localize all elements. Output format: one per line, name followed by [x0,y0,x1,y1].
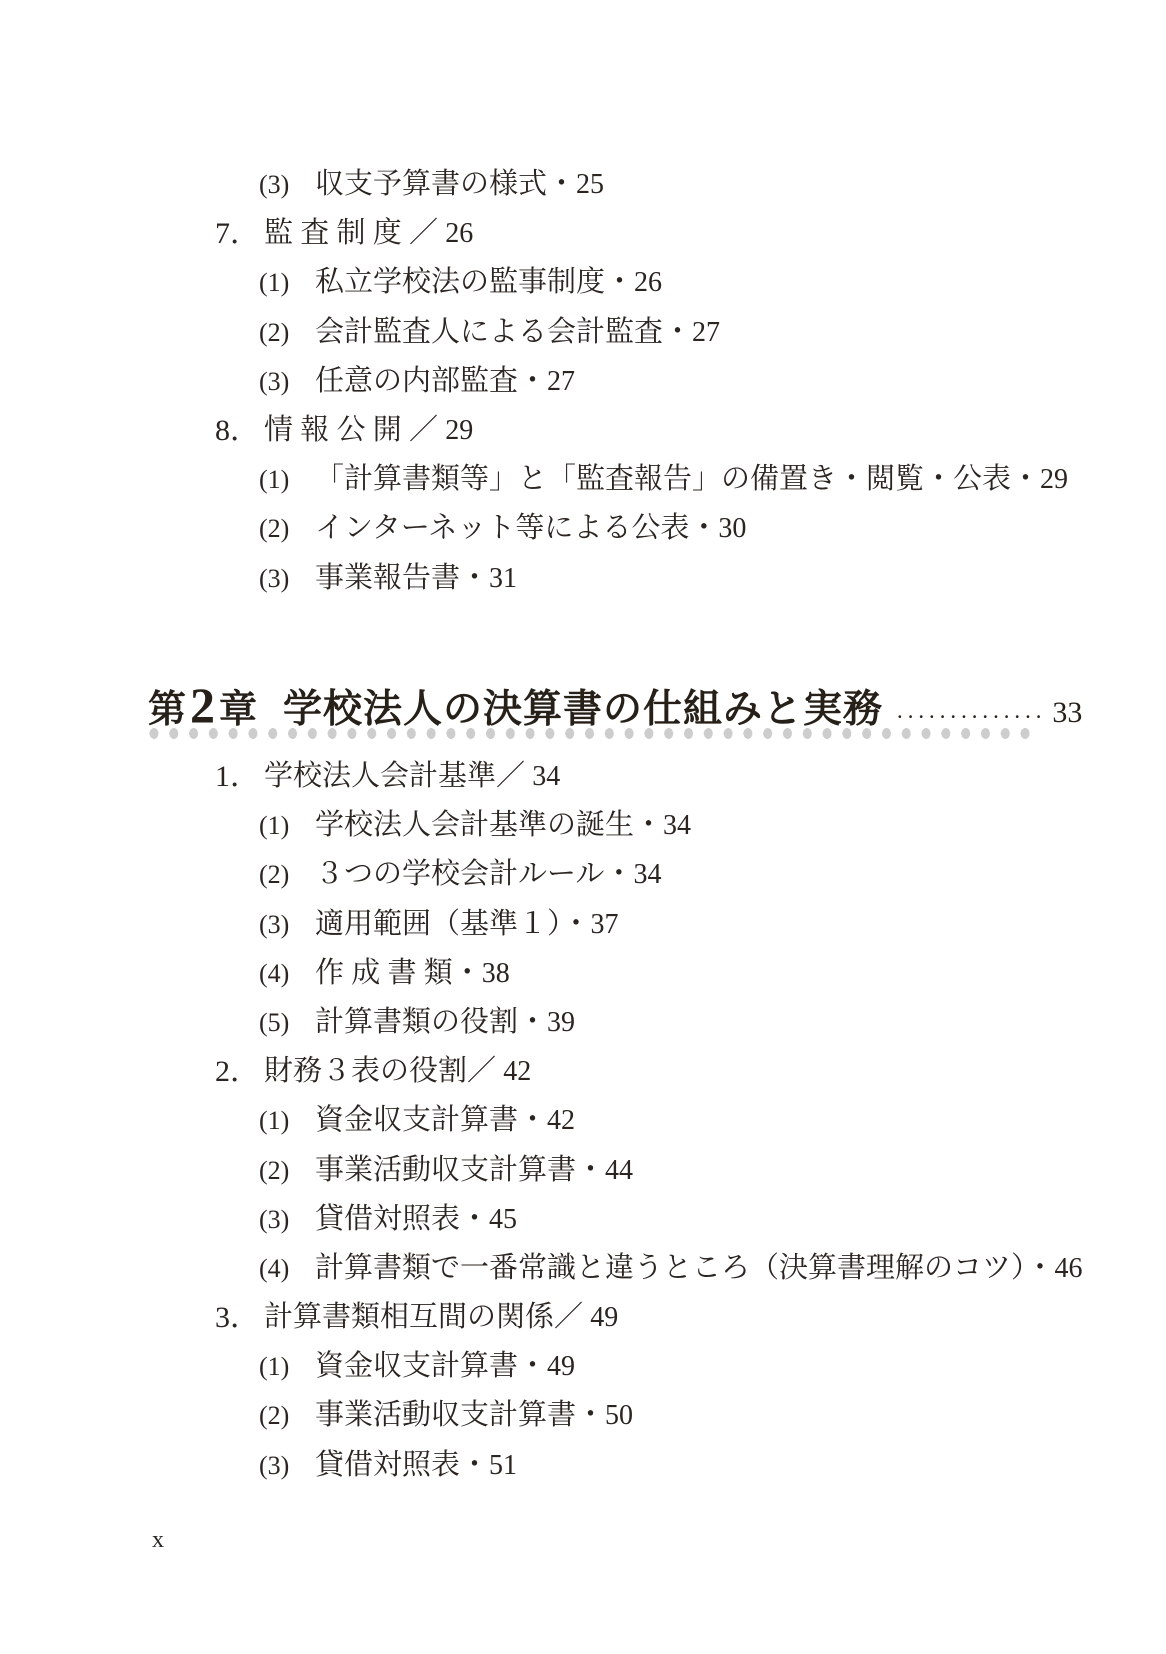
chapter-label-prefix: 第 [148,678,186,733]
toc-entry-page: 46 [1055,1253,1083,1284]
toc-sub-entry: (3)任意の内部監査・27 [0,357,1166,406]
toc-entry-label: (1) [259,258,289,307]
toc-entry-title: 貸借対照表 [315,1449,460,1481]
dotted-divider [145,726,1038,741]
toc-entry-label: (3) [259,1441,289,1490]
toc-entry-page: 49 [590,1302,618,1333]
toc-entry-separator: ・ [576,1154,605,1186]
toc-sub-entry: (1)「計算書類等」と「監査報告」の備置き・閲覧・公表・29 [0,455,1166,504]
toc-sub-entry: (3)事業報告書・31 [0,554,1166,603]
toc-list-main: 1．学校法人会計基準／ 34(1)学校法人会計基準の誕生・34(2)３つの学校会… [0,752,1166,1490]
toc-entry-separator: ・ [460,1449,489,1481]
toc-entry-separator: ・ [605,266,634,298]
toc-entry-number: 8． [215,406,260,455]
toc-entry-separator: ・ [460,562,489,594]
toc-entry-separator: ・ [518,1350,547,1382]
toc-entry-page: 31 [489,563,517,594]
toc-entry-title: 適用範囲（基準１） [315,908,562,940]
leader-dots: ·············· [897,707,1046,727]
toc-entry-separator: ／ [496,760,532,792]
toc-entry-separator: ・ [576,1399,605,1431]
toc-entry-text: 適用範囲（基準１）・37 [315,900,619,949]
toc-entry-label: (2) [259,308,289,357]
toc-entry-label: (2) [259,1146,289,1195]
toc-entry-title: 会計監査人による会計監査 [315,316,663,348]
toc-entry-text: 貸借対照表・51 [315,1441,517,1490]
toc-entry-text: 資金収支計算書・49 [315,1342,575,1391]
toc-entry-title: 計算書類で一番常識と違うところ（決算書理解のコツ） [315,1252,1026,1284]
toc-entry-label: (3) [259,357,289,406]
toc-entry-number: 3． [215,1293,260,1342]
toc-entry-title: 事業活動収支計算書 [315,1154,576,1186]
toc-entry-label: (3) [259,554,289,603]
toc-entry-label: (2) [259,1391,289,1440]
toc-entry-page: 42 [547,1105,575,1136]
toc-entry-label: (4) [259,949,289,998]
toc-entry-separator: ・ [518,365,547,397]
toc-entry-separator: ・ [460,1203,489,1235]
toc-entry-separator: ・ [663,316,692,348]
toc-sub-entry: (2)３つの学校会計ルール・34 [0,850,1166,899]
toc-entry-title: ３つの学校会計ルール [315,858,604,890]
toc-entry-title: 資金収支計算書 [315,1350,518,1382]
toc-entry-text: 学校法人会計基準／ 34 [264,752,560,801]
toc-entry-text: 計算書類で一番常識と違うところ（決算書理解のコツ）・46 [315,1244,1083,1293]
toc-entry-page: 29 [1040,464,1068,495]
toc-entry-label: (1) [259,801,289,850]
toc-entry-page: 34 [663,810,691,841]
toc-sub-entry: (4)計算書類で一番常識と違うところ（決算書理解のコツ）・46 [0,1244,1166,1293]
toc-entry-title: 任意の内部監査 [315,365,518,397]
toc-entry-page: 49 [547,1351,575,1382]
toc-entry-text: 「計算書類等」と「監査報告」の備置き・閲覧・公表・29 [315,455,1068,504]
toc-entry-text: 作 成 書 類・38 [315,949,510,998]
toc-entry-text: インターネット等による公表・30 [315,504,746,553]
toc-entry-page: 26 [634,267,662,298]
page-number-footer: x [152,1527,164,1554]
toc-entry-separator: ・ [453,957,482,989]
toc-entry-page: 50 [605,1400,633,1431]
toc-entry-text: 情 報 公 開 ／ 29 [264,406,473,455]
toc-entry-title: 事業活動収支計算書 [315,1399,576,1431]
toc-sub-entry: (5)計算書類の役割・39 [0,998,1166,1047]
toc-entry-text: 事業活動収支計算書・50 [315,1391,633,1440]
toc-entry-page: 44 [605,1155,633,1186]
toc-entry-separator: ・ [604,858,633,890]
toc-entry-label: (1) [259,1342,289,1391]
toc-entry-separator: ・ [634,809,663,841]
toc-entry-separator: ・ [689,512,718,544]
toc-section-entry: 3．計算書類相互間の関係／ 49 [0,1293,1166,1342]
toc-entry-separator: ・ [518,1006,547,1038]
toc-entry-separator: ／ [409,217,445,249]
toc-list-top: (3)収支予算書の様式・257．監 査 制 度 ／ 26(1)私立学校法の監事制… [0,160,1166,603]
toc-entry-page: 42 [503,1056,531,1087]
toc-entry-text: 事業活動収支計算書・44 [315,1146,633,1195]
toc-entry-text: 監 査 制 度 ／ 26 [264,209,473,258]
toc-entry-number: 1． [215,752,260,801]
toc-entry-title: 私立学校法の監事制度 [315,266,605,298]
toc-entry-title: 貸借対照表 [315,1203,460,1235]
toc-entry-text: 貸借対照表・45 [315,1195,517,1244]
toc-entry-label: (3) [259,160,289,209]
toc-entry-title: 財務３表の役割 [264,1055,467,1087]
toc-entry-label: (2) [259,850,289,899]
toc-entry-text: 計算書類の役割・39 [315,998,575,1047]
toc-entry-number: 7． [215,209,260,258]
toc-section-entry: 8．情 報 公 開 ／ 29 [0,406,1166,455]
toc-sub-entry: (2)事業活動収支計算書・50 [0,1391,1166,1440]
toc-entry-text: 会計監査人による会計監査・27 [315,308,720,357]
toc-entry-separator: ・ [562,908,591,940]
toc-entry-title: 計算書類相互間の関係 [264,1301,554,1333]
toc-sub-entry: (2)会計監査人による会計監査・27 [0,308,1166,357]
toc-entry-text: 財務３表の役割／ 42 [264,1047,531,1096]
toc-entry-page: 38 [482,958,510,989]
toc-sub-entry: (2)インターネット等による公表・30 [0,504,1166,553]
toc-entry-separator: ・ [1011,463,1040,495]
toc-entry-label: (3) [259,1195,289,1244]
toc-sub-entry: (3)貸借対照表・45 [0,1195,1166,1244]
toc-entry-page: 34 [532,761,560,792]
toc-entry-title: 学校法人会計基準の誕生 [315,809,634,841]
toc-entry-separator: ／ [554,1301,590,1333]
toc-entry-text: 資金収支計算書・42 [315,1096,575,1145]
toc-sub-entry: (1)資金収支計算書・42 [0,1096,1166,1145]
toc-entry-title: 事業報告書 [315,562,460,594]
toc-entry-page: 30 [718,513,746,544]
toc-entry-page: 26 [445,218,473,249]
toc-entry-page: 25 [576,169,604,200]
toc-entry-separator: ・ [547,168,576,200]
chapter-page-number: 33 [1052,696,1082,730]
toc-entry-title: 学校法人会計基準 [264,760,496,792]
toc-entry-label: (2) [259,504,289,553]
toc-section-entry: 2．財務３表の役割／ 42 [0,1047,1166,1096]
toc-entry-text: 事業報告書・31 [315,554,517,603]
toc-entry-title: 情 報 公 開 [264,414,409,446]
toc-entry-title: 資金収支計算書 [315,1104,518,1136]
toc-entry-separator: ／ [409,414,445,446]
toc-entry-text: ３つの学校会計ルール・34 [315,850,661,899]
toc-sub-entry: (2)事業活動収支計算書・44 [0,1146,1166,1195]
toc-entry-label: (1) [259,455,289,504]
toc-entry-text: 学校法人会計基準の誕生・34 [315,801,691,850]
toc-sub-entry: (1)私立学校法の監事制度・26 [0,258,1166,307]
toc-section-entry: 1．学校法人会計基準／ 34 [0,752,1166,801]
toc-entry-title: 計算書類の役割 [315,1006,518,1038]
toc-entry-separator: ・ [518,1104,547,1136]
toc-entry-text: 私立学校法の監事制度・26 [315,258,662,307]
toc-entry-text: 収支予算書の様式・25 [315,160,604,209]
toc-entry-page: 34 [633,859,661,890]
toc-sub-entry: (1)学校法人会計基準の誕生・34 [0,801,1166,850]
toc-entry-label: (1) [259,1096,289,1145]
toc-entry-label: (4) [259,1244,289,1293]
toc-entry-page: 27 [692,317,720,348]
chapter-label-suffix: 章 [219,678,257,733]
toc-entry-page: 37 [591,909,619,940]
toc-section-entry: 7．監 査 制 度 ／ 26 [0,209,1166,258]
toc-entry-label: (5) [259,998,289,1047]
toc-entry-number: 2． [215,1047,260,1096]
toc-sub-entry: (3)収支予算書の様式・25 [0,160,1166,209]
toc-entry-title: 監 査 制 度 [264,217,409,249]
toc-entry-label: (3) [259,900,289,949]
toc-entry-title: 作 成 書 類 [315,957,453,989]
toc-entry-separator: ・ [1026,1252,1055,1284]
toc-sub-entry: (3)貸借対照表・51 [0,1441,1166,1490]
toc-entry-page: 39 [547,1007,575,1038]
book-page: (3)収支予算書の様式・257．監 査 制 度 ／ 26(1)私立学校法の監事制… [0,0,1166,1654]
toc-entry-title: インターネット等による公表 [315,512,689,544]
toc-entry-title: 「計算書類等」と「監査報告」の備置き・閲覧・公表 [315,463,1011,495]
toc-sub-entry: (1)資金収支計算書・49 [0,1342,1166,1391]
toc-entry-page: 29 [445,415,473,446]
toc-sub-entry: (4)作 成 書 類・38 [0,949,1166,998]
toc-entry-text: 任意の内部監査・27 [315,357,575,406]
toc-entry-text: 計算書類相互間の関係／ 49 [264,1293,618,1342]
toc-entry-page: 51 [489,1450,517,1481]
toc-entry-separator: ／ [467,1055,503,1087]
toc-entry-title: 収支予算書の様式 [315,168,547,200]
toc-entry-page: 27 [547,366,575,397]
toc-entry-page: 45 [489,1204,517,1235]
toc-sub-entry: (3)適用範囲（基準１）・37 [0,900,1166,949]
